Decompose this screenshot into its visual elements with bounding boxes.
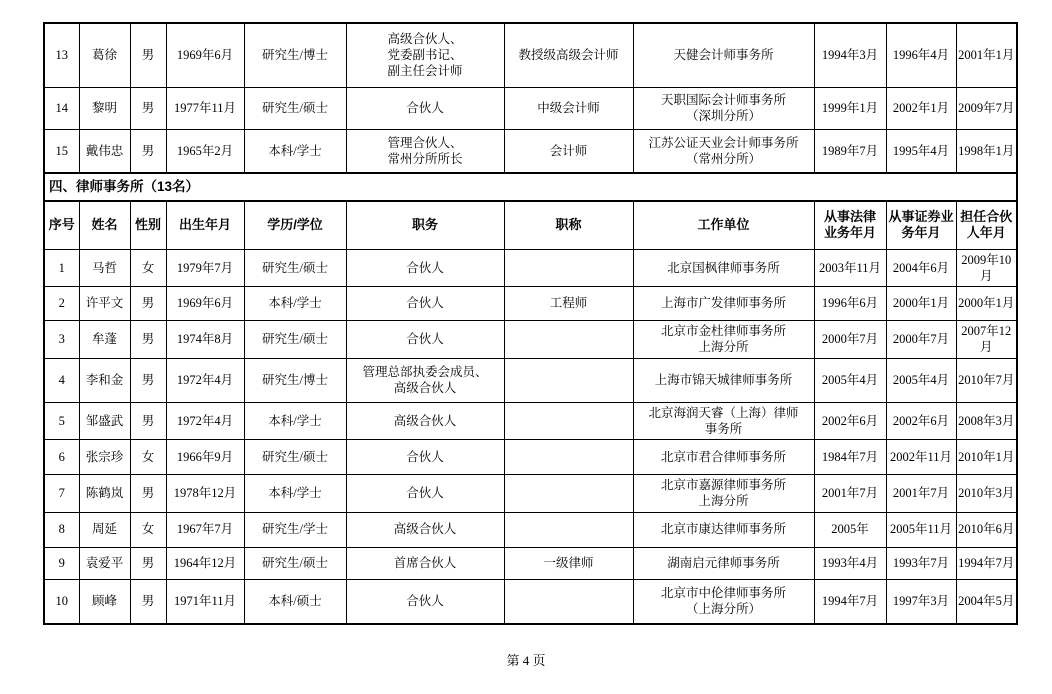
table-cell: 上海市锦天城律师事务所 — [633, 358, 814, 402]
table-cell: 管理总部执委会成员、 高级合伙人 — [346, 358, 504, 402]
table-cell: 2010年7月 — [956, 358, 1017, 402]
table-cell: 2005年11月 — [886, 512, 956, 547]
table-cell: 工程师 — [504, 287, 633, 321]
table-cell: 袁爱平 — [79, 547, 130, 579]
table-cell: 上海市广发律师事务所 — [633, 287, 814, 321]
table-cell: 许平文 — [79, 287, 130, 321]
table-row: 14黎明男1977年11月研究生/硕士合伙人中级会计师天职国际会计师事务所 （深… — [44, 87, 1017, 129]
document-page: 13葛徐男1969年6月研究生/博士高级合伙人、 党委副书记、 副主任会计师教授… — [0, 0, 1052, 694]
column-header: 性别 — [130, 201, 166, 249]
table-cell: 2010年3月 — [956, 475, 1017, 513]
table-cell: 研究生/博士 — [244, 358, 346, 402]
table-cell: 周延 — [79, 512, 130, 547]
table-cell: 女 — [130, 440, 166, 475]
column-header: 姓名 — [79, 201, 130, 249]
table-cell: 男 — [130, 547, 166, 579]
table-cell: 2004年5月 — [956, 579, 1017, 624]
table-row: 1马哲女1979年7月研究生/硕士合伙人北京国枫律师事务所2003年11月200… — [44, 249, 1017, 287]
table-cell: 1984年7月 — [814, 440, 886, 475]
table-cell: 北京市嘉源律师事务所 上海分所 — [633, 475, 814, 513]
table-cell: 1 — [44, 249, 79, 287]
table-cell: 5 — [44, 402, 79, 440]
table-cell: 2000年1月 — [886, 287, 956, 321]
table-cell: 1971年11月 — [166, 579, 244, 624]
table-cell: 研究生/硕士 — [244, 249, 346, 287]
table-cell: 1965年2月 — [166, 129, 244, 173]
table-cell: 1993年7月 — [886, 547, 956, 579]
table-cell: 1966年9月 — [166, 440, 244, 475]
table-cell: 本科/学士 — [244, 129, 346, 173]
table-cell: 戴伟忠 — [79, 129, 130, 173]
table-cell: 2002年1月 — [886, 87, 956, 129]
table-cell: 管理合伙人、 常州分所所长 — [346, 129, 504, 173]
table-cell: 本科/学士 — [244, 402, 346, 440]
table-cell: 1996年4月 — [886, 23, 956, 87]
column-header: 担任合伙 人年月 — [956, 201, 1017, 249]
table-cell: 15 — [44, 129, 79, 173]
table-cell: 高级合伙人 — [346, 512, 504, 547]
table-cell: 本科/学士 — [244, 287, 346, 321]
table-cell: 8 — [44, 512, 79, 547]
table-cell — [504, 402, 633, 440]
column-header: 从事法律 业务年月 — [814, 201, 886, 249]
table-cell: 2000年7月 — [814, 321, 886, 359]
page-number: 第 4 页 — [0, 650, 1052, 669]
table-row: 2许平文男1969年6月本科/学士合伙人工程师上海市广发律师事务所1996年6月… — [44, 287, 1017, 321]
table-row: 10顾峰男1971年11月本科/硕士合伙人北京市中伦律师事务所 （上海分所）19… — [44, 579, 1017, 624]
table-cell: 2010年6月 — [956, 512, 1017, 547]
table-cell: 2010年1月 — [956, 440, 1017, 475]
table-cell: 男 — [130, 321, 166, 359]
table-cell: 2002年11月 — [886, 440, 956, 475]
table-cell: 首席合伙人 — [346, 547, 504, 579]
table-cell: 男 — [130, 358, 166, 402]
table-cell: 10 — [44, 579, 79, 624]
table-cell: 江苏公证天业会计师事务所 （常州分所） — [633, 129, 814, 173]
table-cell: 葛徐 — [79, 23, 130, 87]
table-cell: 邹盛武 — [79, 402, 130, 440]
table-cell — [504, 440, 633, 475]
table-cell: 合伙人 — [346, 249, 504, 287]
table-cell: 张宗珍 — [79, 440, 130, 475]
table-cell: 9 — [44, 547, 79, 579]
table-cell: 合伙人 — [346, 87, 504, 129]
table-cell: 2000年7月 — [886, 321, 956, 359]
table-cell: 2005年 — [814, 512, 886, 547]
table-cell: 6 — [44, 440, 79, 475]
table-cell: 1978年12月 — [166, 475, 244, 513]
table-cell: 一级律师 — [504, 547, 633, 579]
table-cell: 本科/硕士 — [244, 579, 346, 624]
table-cell: 1977年11月 — [166, 87, 244, 129]
table-cell: 1996年6月 — [814, 287, 886, 321]
table-cell: 马哲 — [79, 249, 130, 287]
table-cell: 男 — [130, 579, 166, 624]
table-header-row: 序号姓名性别出生年月学历/学位职务职称工作单位从事法律 业务年月从事证券业 务年… — [44, 201, 1017, 249]
table-cell: 2003年11月 — [814, 249, 886, 287]
table-cell: 2009年7月 — [956, 87, 1017, 129]
table-cell: 女 — [130, 512, 166, 547]
table-cell: 男 — [130, 87, 166, 129]
table-cell: 湖南启元律师事务所 — [633, 547, 814, 579]
table-cell: 研究生/硕士 — [244, 440, 346, 475]
table-cell: 2009年10月 — [956, 249, 1017, 287]
table-cell: 1974年8月 — [166, 321, 244, 359]
table-cell: 男 — [130, 402, 166, 440]
table-cell: 男 — [130, 23, 166, 87]
table-cell: 男 — [130, 475, 166, 513]
table-cell: 李和金 — [79, 358, 130, 402]
table-cell: 2005年4月 — [886, 358, 956, 402]
table-cell: 2 — [44, 287, 79, 321]
table-cell: 7 — [44, 475, 79, 513]
table-cell: 顾峰 — [79, 579, 130, 624]
table-cell: 2001年7月 — [886, 475, 956, 513]
section-title-row: 四、律师事务所（13名） — [44, 173, 1017, 201]
table-cell: 合伙人 — [346, 579, 504, 624]
table-cell: 14 — [44, 87, 79, 129]
table-cell: 本科/学士 — [244, 475, 346, 513]
table-cell: 合伙人 — [346, 287, 504, 321]
table-cell — [504, 512, 633, 547]
table-row: 13葛徐男1969年6月研究生/博士高级合伙人、 党委副书记、 副主任会计师教授… — [44, 23, 1017, 87]
table-cell: 1989年7月 — [814, 129, 886, 173]
table-row: 9袁爱平男1964年12月研究生/硕士首席合伙人一级律师湖南启元律师事务所199… — [44, 547, 1017, 579]
table-cell: 1972年4月 — [166, 358, 244, 402]
table-cell: 北京海润天睿（上海）律师 事务所 — [633, 402, 814, 440]
table-row: 8周延女1967年7月研究生/学士高级合伙人北京市康达律师事务所2005年200… — [44, 512, 1017, 547]
table-cell: 1997年3月 — [886, 579, 956, 624]
table-cell — [504, 579, 633, 624]
table-cell: 1998年1月 — [956, 129, 1017, 173]
column-header: 从事证券业 务年月 — [886, 201, 956, 249]
table-cell: 1994年3月 — [814, 23, 886, 87]
table-cell: 北京市康达律师事务所 — [633, 512, 814, 547]
table-cell: 2001年1月 — [956, 23, 1017, 87]
table-cell: 研究生/硕士 — [244, 87, 346, 129]
table-cell: 教授级高级会计师 — [504, 23, 633, 87]
table-cell: 1969年6月 — [166, 287, 244, 321]
table-cell: 男 — [130, 287, 166, 321]
table-cell: 中级会计师 — [504, 87, 633, 129]
table-cell — [504, 321, 633, 359]
table-cell: 陈鹤岚 — [79, 475, 130, 513]
table-cell: 1995年4月 — [886, 129, 956, 173]
table-cell: 1993年4月 — [814, 547, 886, 579]
table-cell: 1967年7月 — [166, 512, 244, 547]
table-cell: 4 — [44, 358, 79, 402]
column-header: 序号 — [44, 201, 79, 249]
table-cell: 1979年7月 — [166, 249, 244, 287]
table-cell: 合伙人 — [346, 321, 504, 359]
table-cell: 天健会计师事务所 — [633, 23, 814, 87]
table-cell: 北京国枫律师事务所 — [633, 249, 814, 287]
table-cell: 北京市中伦律师事务所 （上海分所） — [633, 579, 814, 624]
table-cell: 2002年6月 — [886, 402, 956, 440]
table-cell: 黎明 — [79, 87, 130, 129]
table-cell: 男 — [130, 129, 166, 173]
table-cell: 2008年3月 — [956, 402, 1017, 440]
table-cell: 会计师 — [504, 129, 633, 173]
table-cell: 合伙人 — [346, 440, 504, 475]
table-cell: 女 — [130, 249, 166, 287]
column-header: 职务 — [346, 201, 504, 249]
table-cell: 1999年1月 — [814, 87, 886, 129]
table-cell: 北京市君合律师事务所 — [633, 440, 814, 475]
table-row: 4李和金男1972年4月研究生/博士管理总部执委会成员、 高级合伙人上海市锦天城… — [44, 358, 1017, 402]
table-cell: 2000年1月 — [956, 287, 1017, 321]
table-cell: 1994年7月 — [956, 547, 1017, 579]
table-cell — [504, 358, 633, 402]
table-cell: 高级合伙人 — [346, 402, 504, 440]
table-cell: 1964年12月 — [166, 547, 244, 579]
table-cell: 13 — [44, 23, 79, 87]
table-cell — [504, 249, 633, 287]
table-cell: 1969年6月 — [166, 23, 244, 87]
table-cell: 3 — [44, 321, 79, 359]
table-cell: 2004年6月 — [886, 249, 956, 287]
table-cell: 研究生/学士 — [244, 512, 346, 547]
table-row: 5邹盛武男1972年4月本科/学士高级合伙人北京海润天睿（上海）律师 事务所20… — [44, 402, 1017, 440]
table-cell: 研究生/博士 — [244, 23, 346, 87]
table-cell: 北京市金杜律师事务所 上海分所 — [633, 321, 814, 359]
table-row: 15戴伟忠男1965年2月本科/学士管理合伙人、 常州分所所长会计师江苏公证天业… — [44, 129, 1017, 173]
column-header: 工作单位 — [633, 201, 814, 249]
column-header: 职称 — [504, 201, 633, 249]
section-title: 四、律师事务所（13名） — [44, 173, 1017, 201]
table-row: 7陈鹤岚男1978年12月本科/学士合伙人北京市嘉源律师事务所 上海分所2001… — [44, 475, 1017, 513]
table-cell: 合伙人 — [346, 475, 504, 513]
column-header: 学历/学位 — [244, 201, 346, 249]
table-cell: 牟蓬 — [79, 321, 130, 359]
table-cell: 2007年12月 — [956, 321, 1017, 359]
table-cell: 1994年7月 — [814, 579, 886, 624]
table-cell: 高级合伙人、 党委副书记、 副主任会计师 — [346, 23, 504, 87]
personnel-table-body: 13葛徐男1969年6月研究生/博士高级合伙人、 党委副书记、 副主任会计师教授… — [44, 23, 1017, 624]
table-cell: 天职国际会计师事务所 （深圳分所） — [633, 87, 814, 129]
table-cell: 2002年6月 — [814, 402, 886, 440]
table-cell — [504, 475, 633, 513]
table-cell: 1972年4月 — [166, 402, 244, 440]
personnel-table: 13葛徐男1969年6月研究生/博士高级合伙人、 党委副书记、 副主任会计师教授… — [43, 22, 1018, 625]
table-cell: 研究生/硕士 — [244, 547, 346, 579]
table-cell: 2001年7月 — [814, 475, 886, 513]
table-cell: 研究生/硕士 — [244, 321, 346, 359]
table-cell: 2005年4月 — [814, 358, 886, 402]
table-row: 3牟蓬男1974年8月研究生/硕士合伙人北京市金杜律师事务所 上海分所2000年… — [44, 321, 1017, 359]
table-row: 6张宗珍女1966年9月研究生/硕士合伙人北京市君合律师事务所1984年7月20… — [44, 440, 1017, 475]
column-header: 出生年月 — [166, 201, 244, 249]
